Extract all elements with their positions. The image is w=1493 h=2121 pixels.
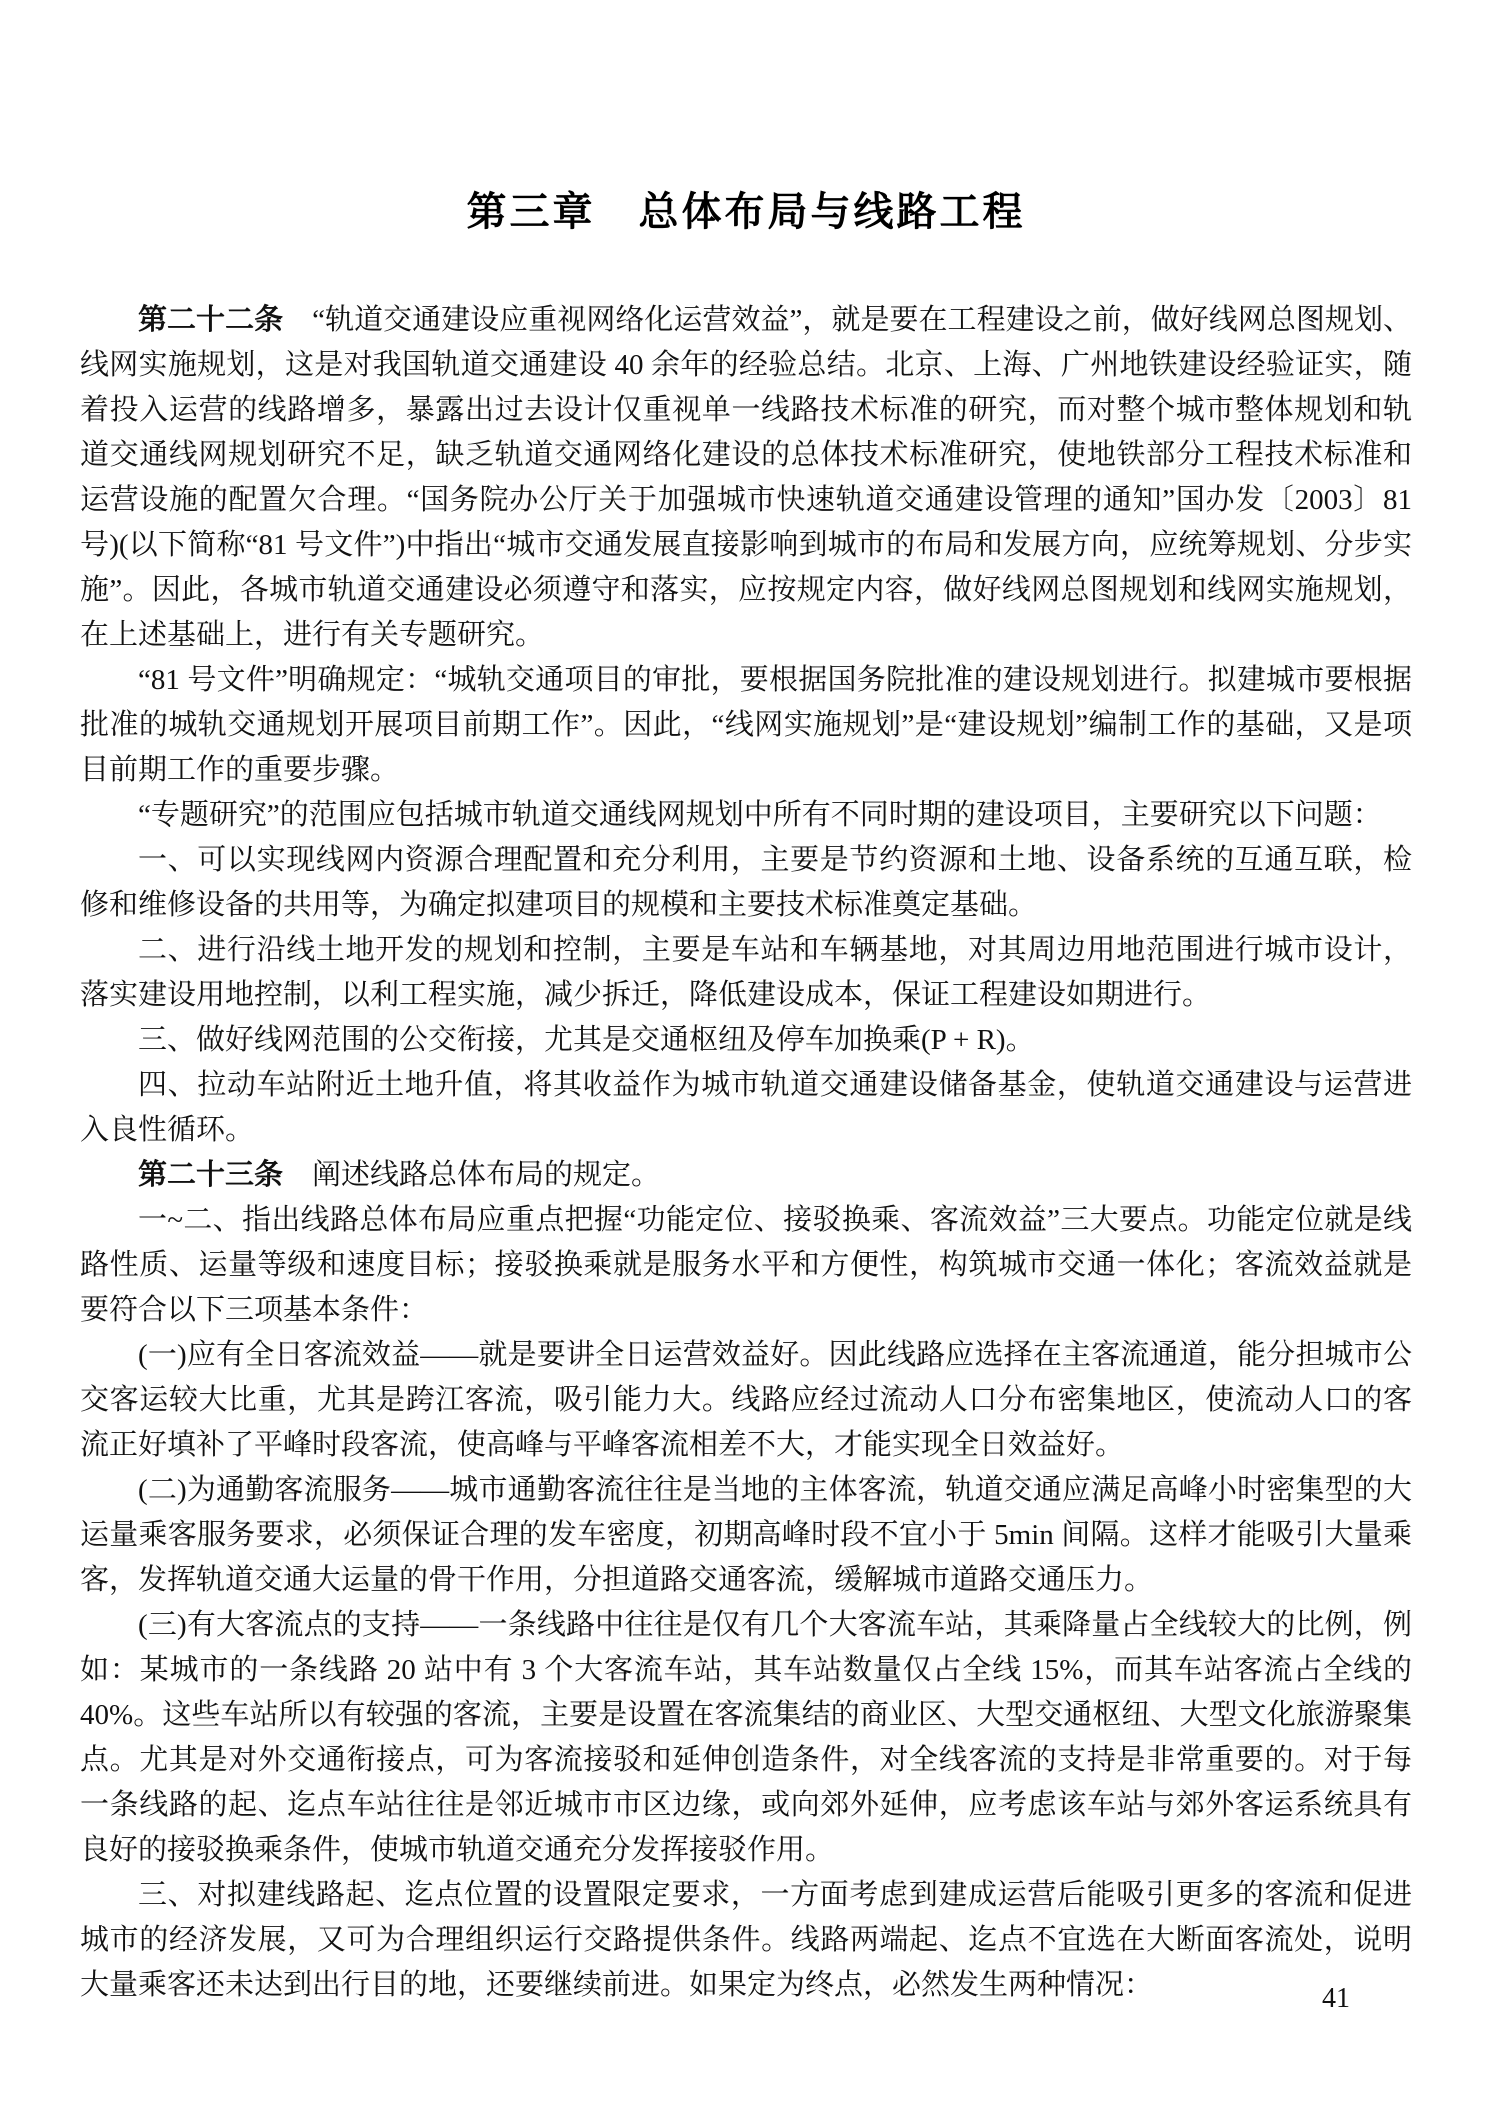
paragraph: (一)应有全日客流效益——就是要讲全日运营效益好。因此线路应选择在主客流通道，能… [80,1333,1412,1468]
paragraph: (二)为通勤客流服务——城市通勤客流往往是当地的主体客流，轨道交通应满足高峰小时… [80,1468,1412,1603]
paragraph-text: 一~二、指出线路总体布局应重点把握“功能定位、接驳换乘、客流效益”三大要点。功能… [80,1204,1412,1326]
document-page: 第三章 总体布局与线路工程 第二十二条 “轨道交通建设应重视网络化运营效益”，就… [0,0,1493,2121]
paragraph-text: (二)为通勤客流服务——城市通勤客流往往是当地的主体客流，轨道交通应满足高峰小时… [80,1474,1412,1596]
paragraph-text: “专题研究”的范围应包括城市轨道交通线网规划中所有不同时期的建设项目，主要研究以… [138,799,1382,831]
paragraph: 第二十二条 “轨道交通建设应重视网络化运营效益”，就是要在工程建设之前，做好线网… [80,298,1412,658]
paragraph: 一~二、指出线路总体布局应重点把握“功能定位、接驳换乘、客流效益”三大要点。功能… [80,1198,1412,1333]
chapter-title: 第三章 总体布局与线路工程 [80,0,1412,236]
page-content: 第三章 总体布局与线路工程 第二十二条 “轨道交通建设应重视网络化运营效益”，就… [80,0,1412,2008]
paragraph: 三、做好线网范围的公交衔接，尤其是交通枢纽及停车加换乘(P + R)。 [80,1018,1412,1063]
paragraph: 三、对拟建线路起、迄点位置的设置限定要求，一方面考虑到建成运营后能吸引更多的客流… [80,1873,1412,2008]
body-text: 第二十二条 “轨道交通建设应重视网络化运营效益”，就是要在工程建设之前，做好线网… [80,298,1412,2008]
paragraph: 第二十三条 阐述线路总体布局的规定。 [80,1153,1412,1198]
paragraph: “专题研究”的范围应包括城市轨道交通线网规划中所有不同时期的建设项目，主要研究以… [80,793,1412,838]
paragraph-text: (三)有大客流点的支持——一条线路中往往是仅有几个大客流车站，其乘降量占全线较大… [80,1609,1412,1866]
paragraph: 二、进行沿线土地开发的规划和控制，主要是车站和车辆基地，对其周边用地范围进行城市… [80,928,1412,1018]
paragraph-text: 二、进行沿线土地开发的规划和控制，主要是车站和车辆基地，对其周边用地范围进行城市… [80,934,1412,1011]
paragraph-text: (一)应有全日客流效益——就是要讲全日运营效益好。因此线路应选择在主客流通道，能… [80,1339,1412,1461]
article-number: 第二十二条 [138,304,283,336]
paragraph: “81 号文件”明确规定：“城轨交通项目的审批，要根据国务院批准的建设规划进行。… [80,658,1412,793]
paragraph: 一、可以实现线网内资源合理配置和充分利用，主要是节约资源和土地、设备系统的互通互… [80,838,1412,928]
paragraph-text: 三、对拟建线路起、迄点位置的设置限定要求，一方面考虑到建成运营后能吸引更多的客流… [80,1879,1412,2001]
paragraph-text: 三、做好线网范围的公交衔接，尤其是交通枢纽及停车加换乘(P + R)。 [138,1024,1035,1056]
paragraph: 四、拉动车站附近土地升值，将其收益作为城市轨道交通建设储备基金，使轨道交通建设与… [80,1063,1412,1153]
paragraph-text: “81 号文件”明确规定：“城轨交通项目的审批，要根据国务院批准的建设规划进行。… [80,664,1412,786]
paragraph: (三)有大客流点的支持——一条线路中往往是仅有几个大客流车站，其乘降量占全线较大… [80,1603,1412,1873]
paragraph-text: 一、可以实现线网内资源合理配置和充分利用，主要是节约资源和土地、设备系统的互通互… [80,844,1412,921]
page-number: 41 [1322,1983,1350,2015]
paragraph-text: “轨道交通建设应重视网络化运营效益”，就是要在工程建设之前，做好线网总图规划、线… [80,304,1412,651]
paragraph-text: 阐述线路总体布局的规定。 [283,1159,660,1191]
article-number: 第二十三条 [138,1159,283,1191]
paragraph-text: 四、拉动车站附近土地升值，将其收益作为城市轨道交通建设储备基金，使轨道交通建设与… [80,1069,1412,1146]
